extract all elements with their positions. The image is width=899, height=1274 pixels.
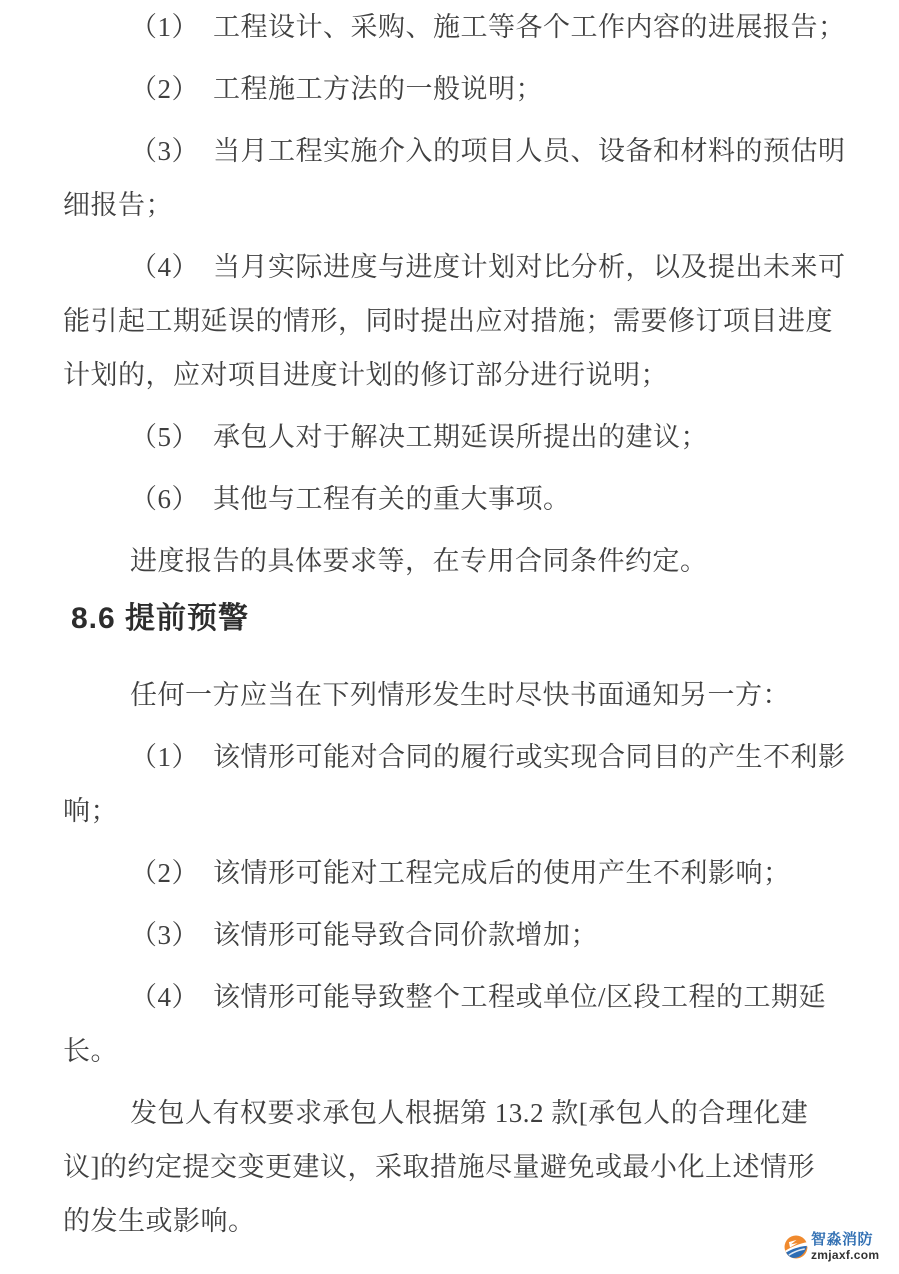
progress-report-note: 进度报告的具体要求等，在专用合同条件约定。 bbox=[63, 534, 847, 588]
employer-rights-paragraph: 发包人有权要求承包人根据第 13.2 款[承包人的合理化建 议]的约定提交变更建… bbox=[63, 1086, 847, 1248]
clause-progress-report-item-4: （4） 当月实际进度与进度计划对比分析，以及提出未来可 能引起工期延误的情形，同… bbox=[63, 240, 847, 402]
warning-case-item-2: （2） 该情形可能对工程完成后的使用产生不利影响； bbox=[63, 846, 847, 900]
clause-progress-report-item-5: （5） 承包人对于解决工期延误所提出的建议； bbox=[63, 410, 847, 464]
zhimiao-logo-icon bbox=[784, 1235, 808, 1259]
clause-progress-report-item-1: （1） 工程设计、采购、施工等各个工作内容的进展报告； bbox=[63, 0, 847, 54]
document-page: { "page": { "background": "#ffffff", "bo… bbox=[0, 0, 899, 1274]
contract-document-body: （1） 工程设计、采购、施工等各个工作内容的进展报告； （2） 工程施工方法的一… bbox=[0, 0, 899, 1248]
warning-case-item-1: （1） 该情形可能对合同的履行或实现合同目的产生不利影 响； bbox=[63, 730, 847, 838]
warning-case-item-4: （4） 该情形可能导致整个工程或单位/区段工程的工期延 长。 bbox=[63, 970, 847, 1078]
watermark-text-block: 智淼消防 zmjaxf.com bbox=[811, 1232, 879, 1261]
clause-progress-report-item-2: （2） 工程施工方法的一般说明； bbox=[63, 62, 847, 116]
warning-case-item-3: （3） 该情形可能导致合同价款增加； bbox=[63, 908, 847, 962]
brand-watermark: 智淼消防 zmjaxf.com bbox=[784, 1232, 879, 1261]
section-heading-8-6-early-warning: 8.6 提前预警 bbox=[71, 596, 847, 642]
clause-progress-report-item-3: （3） 当月工程实施介入的项目人员、设备和材料的预估明 细报告； bbox=[63, 124, 847, 232]
brand-name: 智淼消防 bbox=[811, 1232, 879, 1247]
brand-domain: zmjaxf.com bbox=[811, 1249, 879, 1261]
clause-progress-report-item-6: （6） 其他与工程有关的重大事项。 bbox=[63, 472, 847, 526]
early-warning-intro: 任何一方应当在下列情形发生时尽快书面通知另一方： bbox=[63, 668, 847, 722]
